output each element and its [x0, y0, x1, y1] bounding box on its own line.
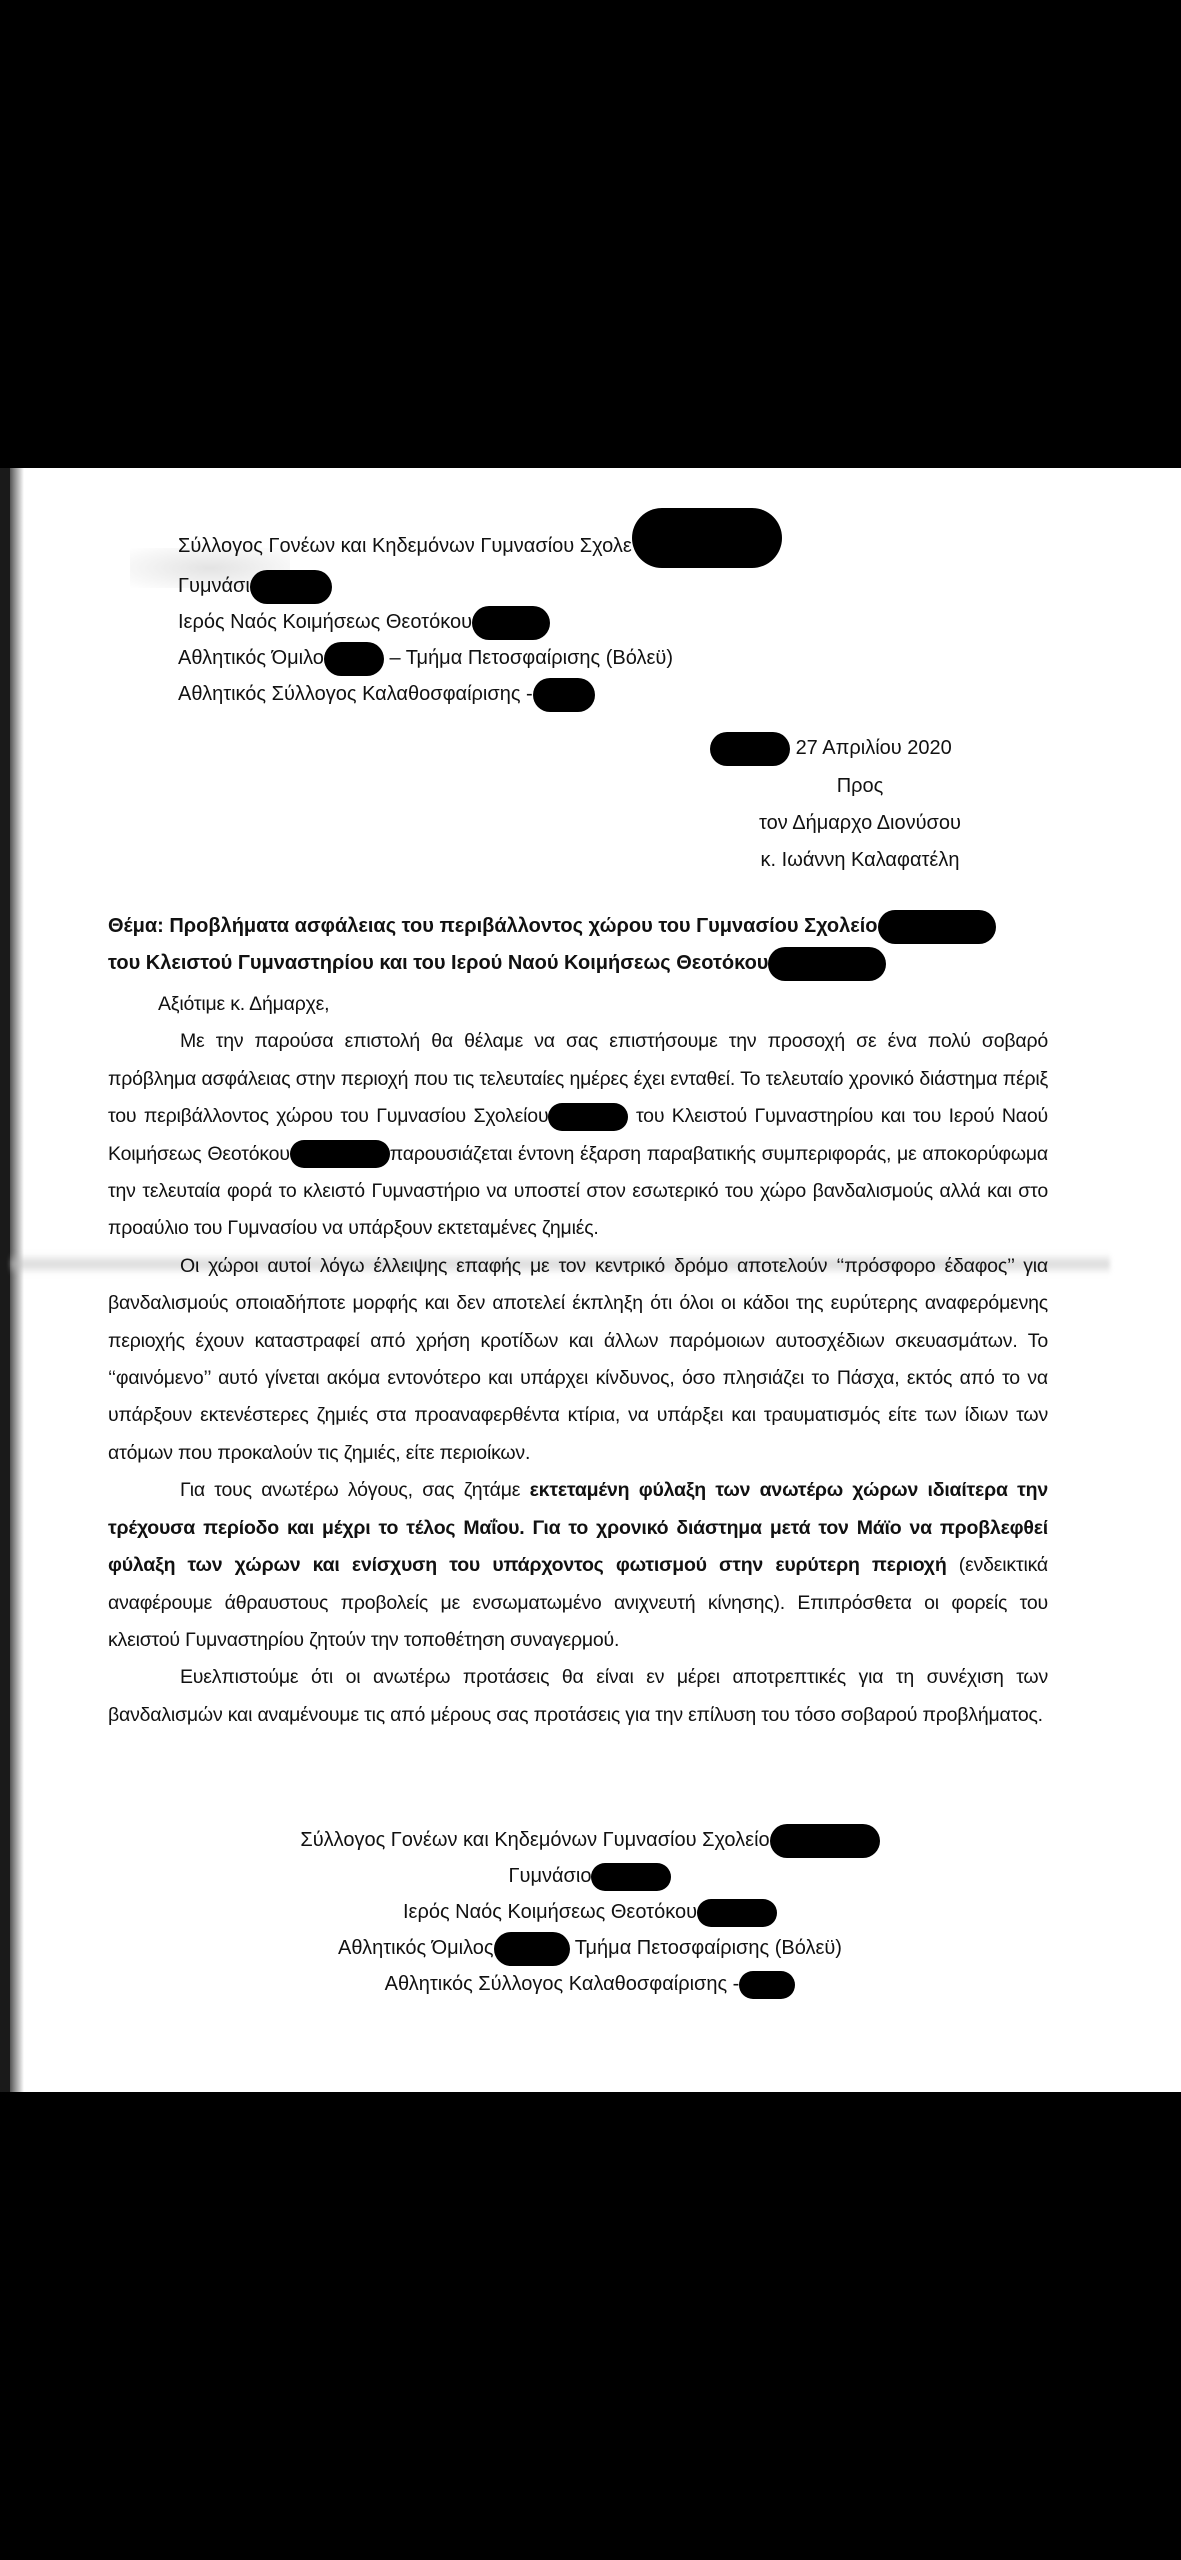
signature-line: Γυμνάσιο	[260, 1858, 920, 1894]
redaction-mark	[739, 1971, 795, 1999]
redaction-mark	[591, 1863, 671, 1891]
redaction-mark	[494, 1932, 570, 1966]
signature-line: Αθλητικός Όμιλος Τμήμα Πετοσφαίρισης (Βό…	[260, 1930, 920, 1966]
recipient-title: τον Δήμαρχο Διονύσου	[710, 805, 1010, 842]
paragraph: Οι χώροι αυτοί λόγω έλλειψης επαφής με τ…	[108, 1248, 1048, 1472]
recipient-to: Προς	[710, 768, 1010, 805]
salutation: Αξιότιμε κ. Δήμαρχε,	[108, 986, 1048, 1023]
letter-body: Αξιότιμε κ. Δήμαρχε, Με την παρούσα επισ…	[108, 986, 1048, 1734]
redaction-mark	[533, 678, 595, 712]
sender-header: Σύλλογος Γονέων και Κηδεμόνων Γυμνασίου …	[178, 508, 782, 712]
recipient-block: Προς τον Δήμαρχο Διονύσου κ. Ιωάννη Καλα…	[710, 768, 1010, 879]
paragraph: Για τους ανωτέρω λόγους, σας ζητάμε εκτε…	[108, 1472, 1048, 1659]
signature-line: Αθλητικός Σύλλογος Καλαθοσφαίρισης -	[260, 1966, 920, 2002]
sender-line: Σύλλογος Γονέων και Κηδεμόνων Γυμνασίου …	[178, 508, 782, 568]
redaction-mark	[548, 1103, 628, 1131]
redaction-mark	[878, 910, 996, 944]
redaction-mark	[770, 1824, 880, 1858]
letter-subject: Θέμα: Προβλήματα ασφάλειας του περιβάλλο…	[108, 908, 1058, 982]
sender-line: Αθλητικός Όμιλο – Τμήμα Πετοσφαίρισης (Β…	[178, 640, 782, 676]
signature-block: Σύλλογος Γονέων και Κηδεμόνων Γυμνασίου …	[260, 1822, 920, 2002]
redaction-mark	[632, 508, 782, 568]
paragraph: Με την παρούσα επιστολή θα θέλαμε να σας…	[108, 1023, 1048, 1247]
sender-line: Αθλητικός Σύλλογος Καλαθοσφαίρισης -	[178, 676, 782, 712]
redaction-mark	[324, 642, 384, 676]
paragraph: Ευελπιστούμε ότι οι ανωτέρω προτάσεις θα…	[108, 1659, 1048, 1734]
signature-line: Σύλλογος Γονέων και Κηδεμόνων Γυμνασίου …	[260, 1822, 920, 1858]
sender-line: Γυμνάσι	[178, 568, 782, 604]
redaction-mark	[697, 1899, 777, 1927]
scanned-letter-page: Σύλλογος Γονέων και Κηδεμόνων Γυμνασίου …	[0, 468, 1181, 2092]
recipient-name: κ. Ιωάννη Καλαφατέλη	[710, 842, 1010, 879]
letter-date: 27 Απριλίου 2020	[710, 730, 952, 767]
sender-line: Ιερός Ναός Κοιμήσεως Θεοτόκου	[178, 604, 782, 640]
redaction-mark	[250, 570, 332, 604]
redaction-mark	[290, 1140, 390, 1168]
redaction-mark	[768, 947, 886, 981]
redaction-mark	[710, 732, 790, 766]
signature-line: Ιερός Ναός Κοιμήσεως Θεοτόκου	[260, 1894, 920, 1930]
redaction-mark	[472, 606, 550, 640]
